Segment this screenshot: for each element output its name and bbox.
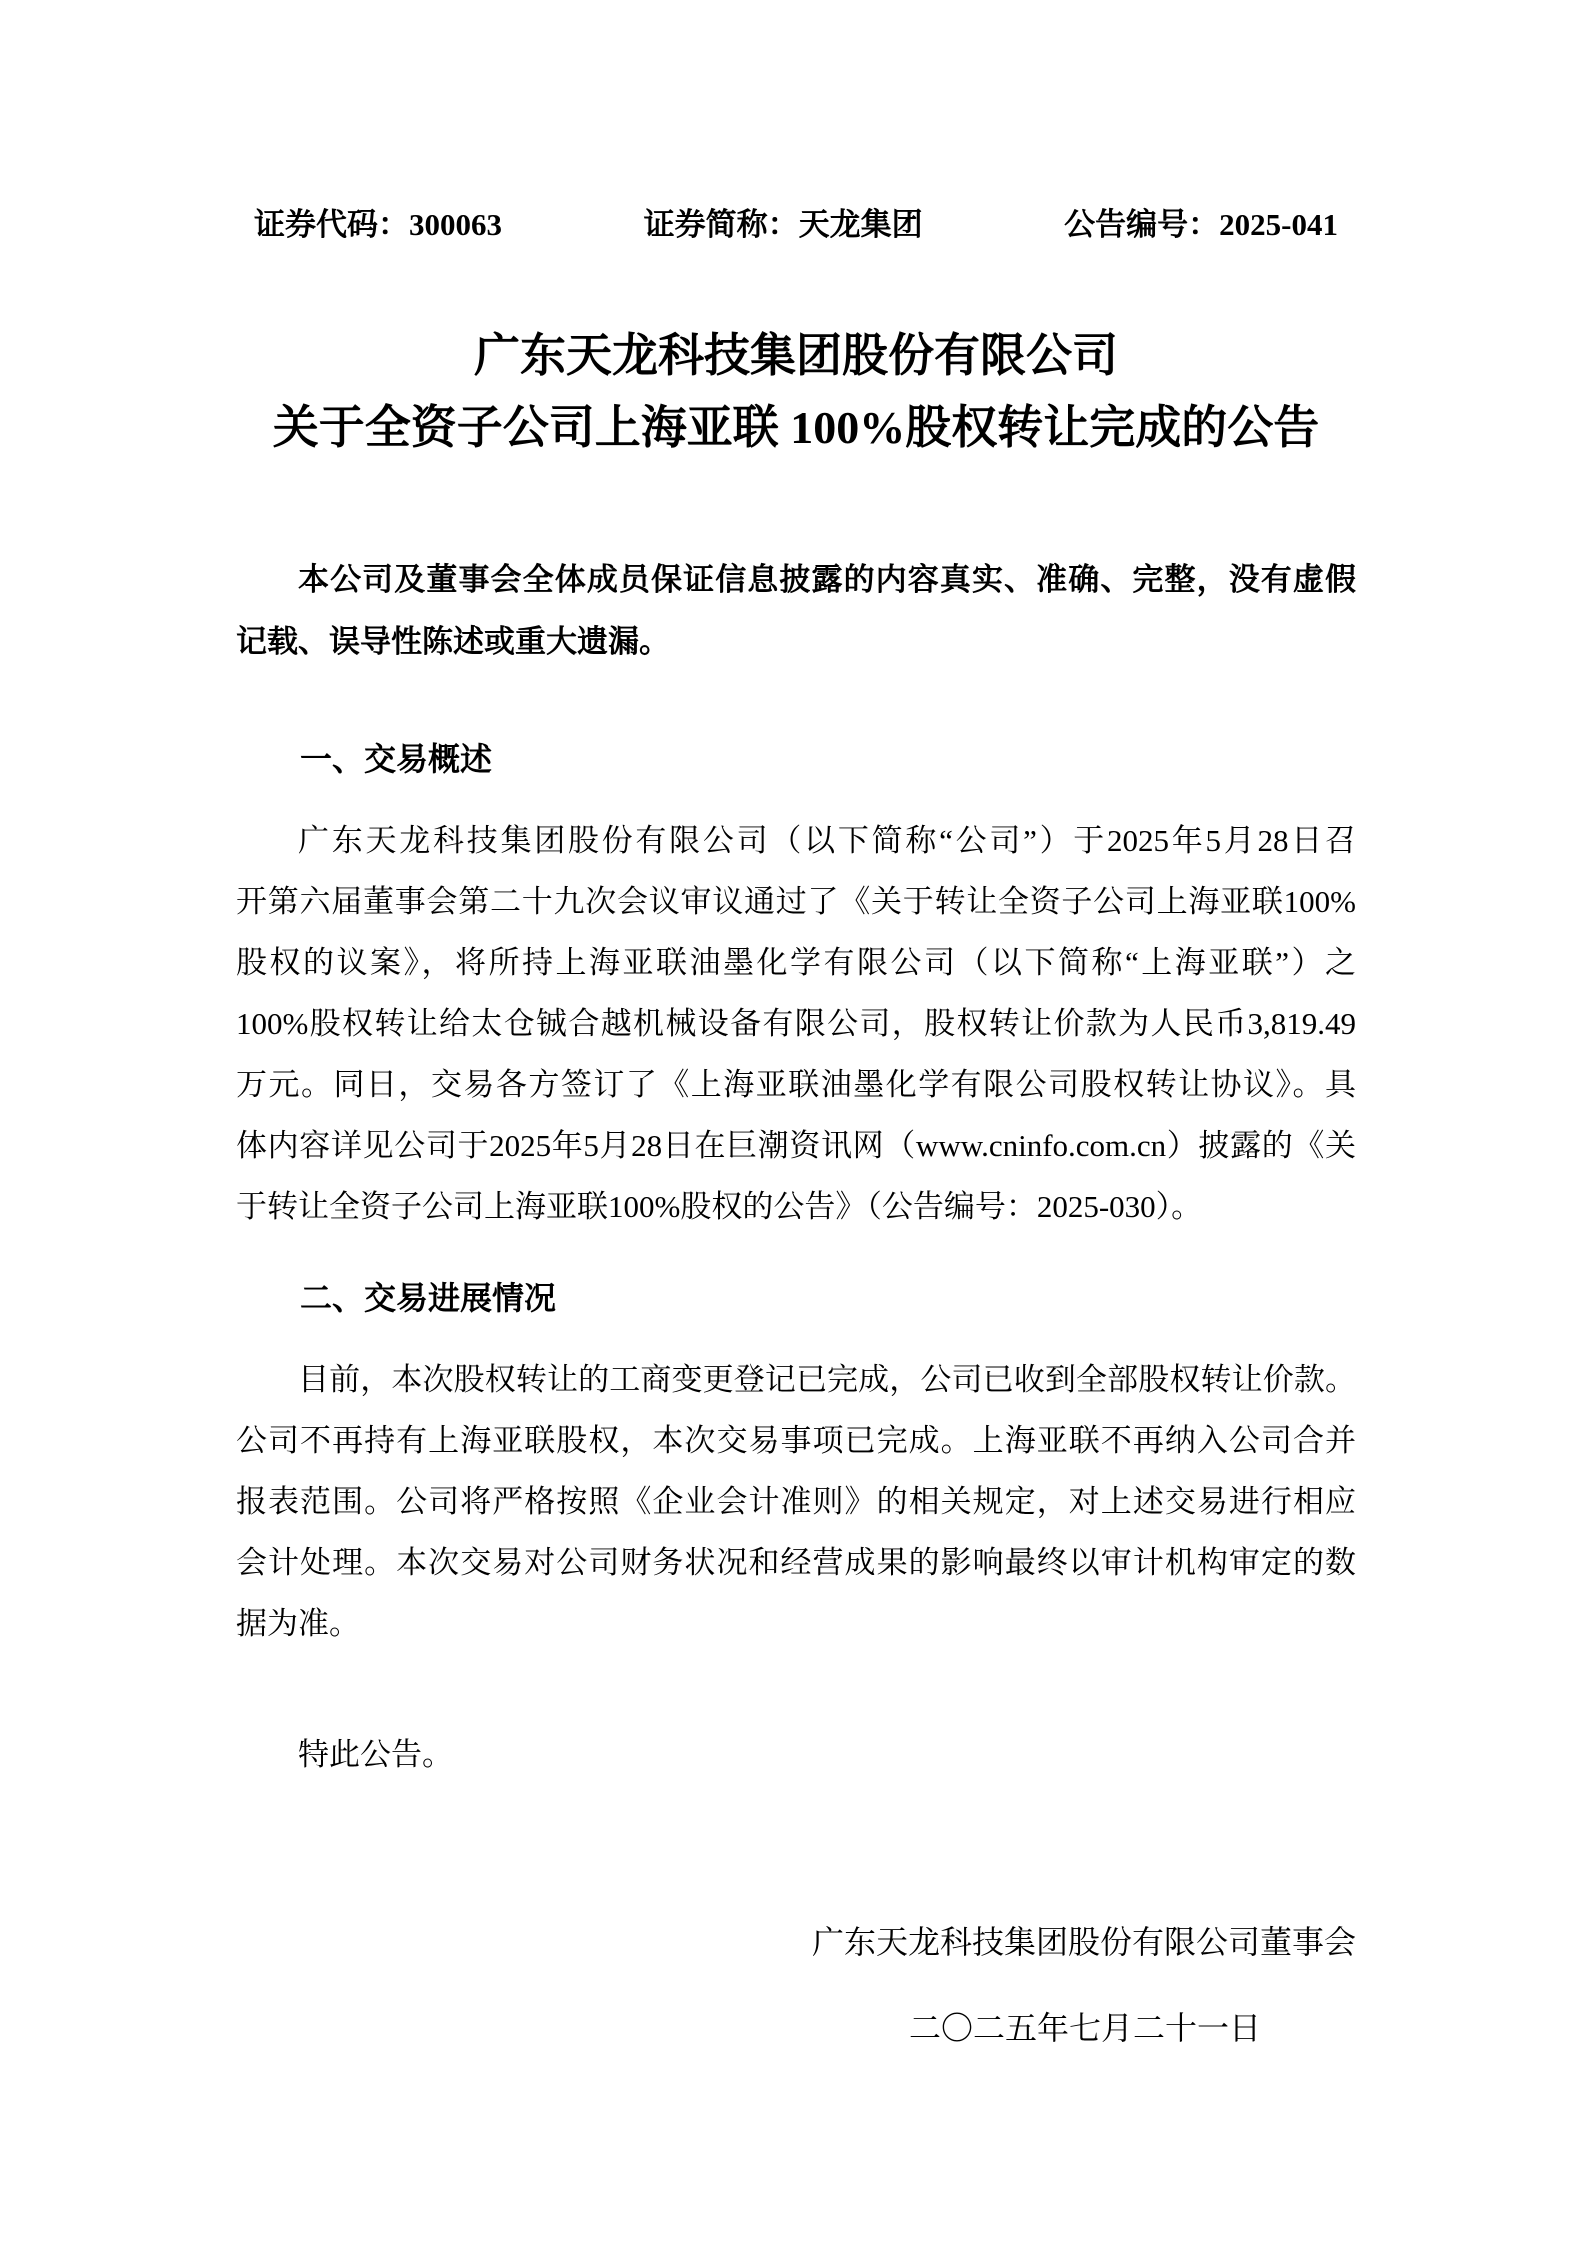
body-line: 据为准。	[236, 1593, 1356, 1654]
section-1-heading: 一、交易概述	[236, 728, 1356, 790]
body-line: 目前，本次股权转让的工商变更登记已完成，公司已收到全部股权转让价款。	[236, 1349, 1356, 1410]
section-2-paragraph: 目前，本次股权转让的工商变更登记已完成，公司已收到全部股权转让价款。 公司不再持…	[236, 1349, 1356, 1654]
document-header: 证券代码：300063 证券简称：天龙集团 公告编号：2025-041	[236, 205, 1356, 245]
body-line: 股权的议案》，将所持上海亚联油墨化学有限公司（以下简称“上海亚联”）之	[236, 932, 1356, 993]
body-line: 开第六届董事会第二十九次会议审议通过了《关于转让全资子公司上海亚联100%	[236, 871, 1356, 932]
closing-statement: 特此公告。	[236, 1724, 1356, 1786]
announcement-page: 证券代码：300063 证券简称：天龙集团 公告编号：2025-041 广东天龙…	[0, 0, 1588, 2245]
title-line-1: 广东天龙科技集团股份有限公司	[236, 320, 1356, 392]
title-line-2: 关于全资子公司上海亚联 100%股权转让完成的公告	[236, 392, 1356, 464]
section-1-paragraph: 广东天龙科技集团股份有限公司（以下简称“公司”）于2025年5月28日召 开第六…	[236, 810, 1356, 1237]
body-line: 公司不再持有上海亚联股权，本次交易事项已完成。上海亚联不再纳入公司合并	[236, 1410, 1356, 1471]
announcement-number: 公告编号：2025-041	[1064, 205, 1338, 245]
disclaimer-line: 本公司及董事会全体成员保证信息披露的内容真实、准确、完整，没有虚假	[236, 549, 1356, 611]
disclaimer-paragraph: 本公司及董事会全体成员保证信息披露的内容真实、准确、完整，没有虚假 记载、误导性…	[236, 549, 1356, 673]
signature-date: 二〇二五年七月二十一日	[236, 1997, 1356, 2059]
disclaimer-line: 记载、误导性陈述或重大遗漏。	[236, 611, 1356, 673]
body-line: 体内容详见公司于2025年5月28日在巨潮资讯网（www.cninfo.com.…	[236, 1115, 1356, 1176]
signature-company: 广东天龙科技集团股份有限公司董事会	[236, 1911, 1356, 1973]
document-title: 广东天龙科技集团股份有限公司 关于全资子公司上海亚联 100%股权转让完成的公告	[236, 320, 1356, 464]
body-line: 于转让全资子公司上海亚联100%股权的公告》（公告编号：2025-030）。	[236, 1176, 1356, 1237]
body-line: 报表范围。公司将严格按照《企业会计准则》的相关规定，对上述交易进行相应	[236, 1471, 1356, 1532]
body-line: 万元。同日，交易各方签订了《上海亚联油墨化学有限公司股权转让协议》。具	[236, 1054, 1356, 1115]
body-line: 100%股权转让给太仓铖合越机械设备有限公司，股权转让价款为人民币3,819.4…	[236, 993, 1356, 1054]
body-line: 会计处理。本次交易对公司财务状况和经营成果的影响最终以审计机构审定的数	[236, 1532, 1356, 1593]
stock-short-name: 证券简称：天龙集团	[644, 205, 923, 245]
section-2-heading: 二、交易进展情况	[236, 1267, 1356, 1329]
stock-code: 证券代码：300063	[254, 205, 502, 245]
body-line: 广东天龙科技集团股份有限公司（以下简称“公司”）于2025年5月28日召	[236, 810, 1356, 871]
